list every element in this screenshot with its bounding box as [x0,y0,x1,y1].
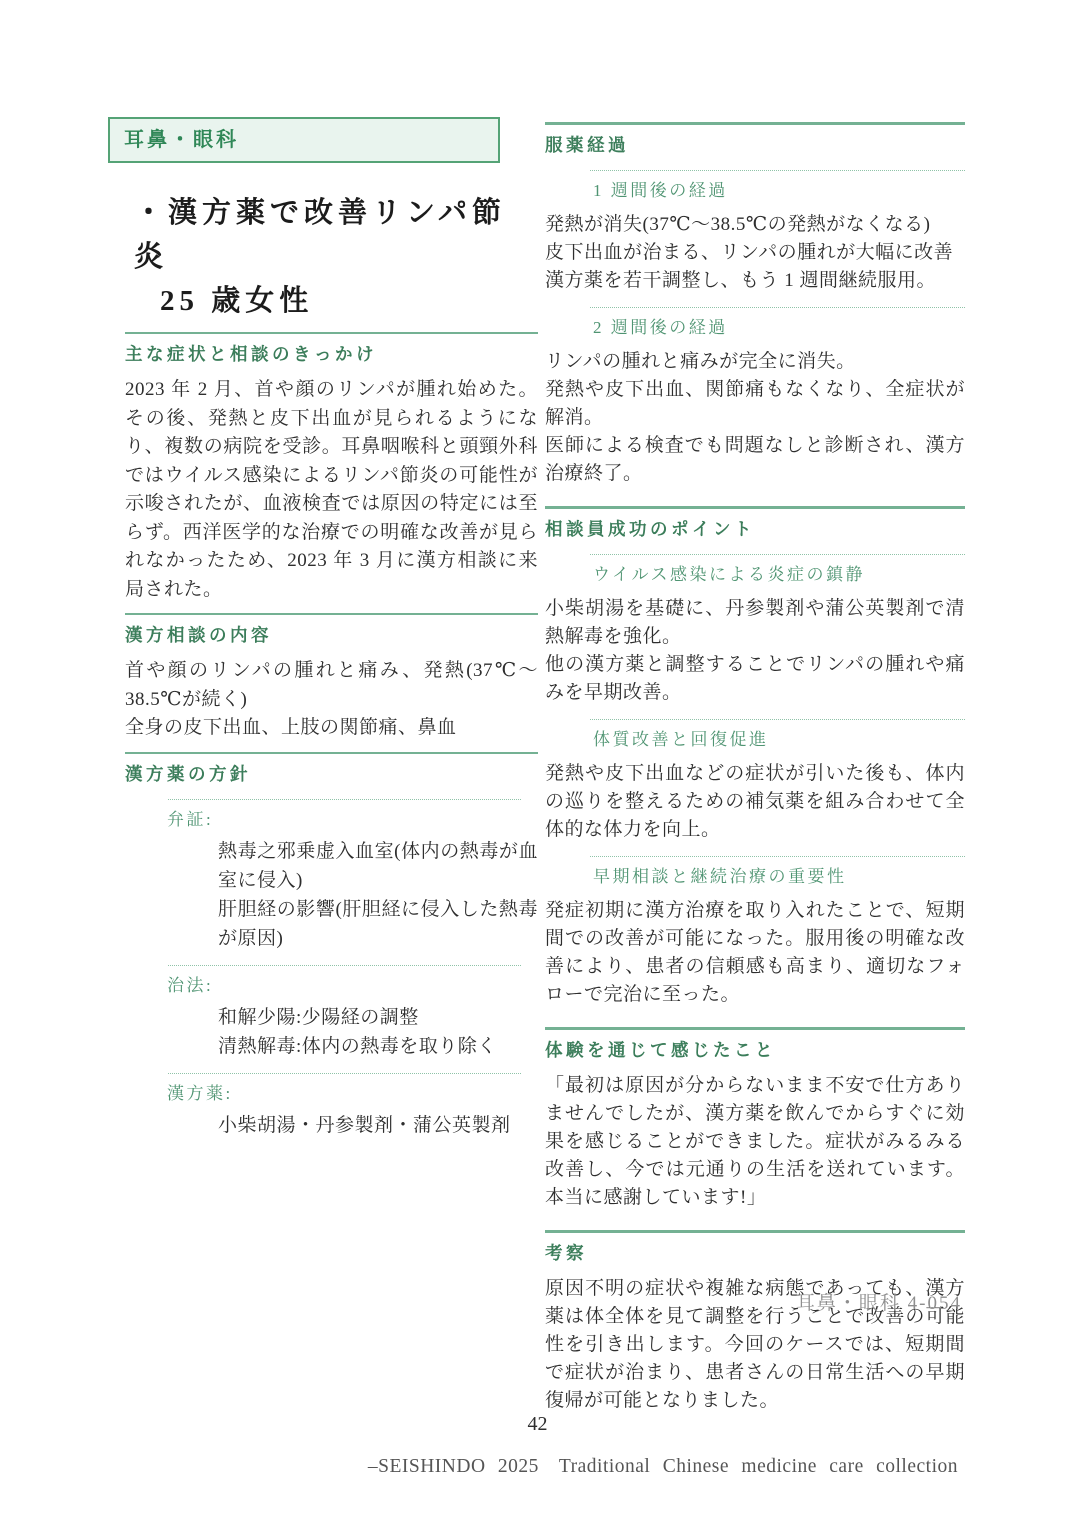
section-divider [125,752,538,754]
policy-body: 熱毒之邪乗虚入血室(体内の熱毒が血室に侵入) 肝胆経の影響(肝胆経に侵入した熱毒… [218,837,538,953]
section-heading: 漢方相談の内容 [125,623,538,648]
body-line: 清熱解毒:体内の熱毒を取り除く [218,1032,538,1061]
section-divider [545,506,965,509]
testimonial-quote: 「最初は原因が分からないまま不安で仕方ありませんでしたが、漢方薬を飲んでからすぐ… [545,1072,965,1212]
subsection-divider [590,856,965,857]
body-line: 発熱や皮下出血、関節痛もなくなり、全症状が解消。 [545,376,965,432]
subsection-divider [590,170,965,171]
body-line: 首や顔のリンパの腫れと痛み、発熱(37℃〜38.5℃が続く) [125,657,538,714]
section-points: 相談員成功のポイント ウイルス感染による炎症の鎮静 小柴胡湯を基礎に、丹参製剤や… [545,506,965,1009]
body-line: 肝胆経の影響(肝胆経に侵入した熱毒が原因) [218,895,538,953]
section-divider [545,122,965,125]
policy-label-kampoyaku: 漢方薬: [167,1082,538,1105]
subsection-heading: 早期相談と継続治療の重要性 [593,865,965,888]
section-heading: 服薬経過 [545,133,965,158]
paragraph: 発熱が消失(37℃〜38.5℃の発熱がなくなる) 皮下出血が治まる、リンパの腫れ… [545,211,965,295]
body-line: 小柴胡湯・丹参製剤・蒲公英製剤 [218,1111,538,1140]
body-line: 他の漢方薬と調整することでリンパの腫れや痛みを早期改善。 [545,651,965,707]
policy-body: 小柴胡湯・丹参製剤・蒲公英製剤 [218,1111,538,1140]
policy-label-bensho: 弁証: [167,808,538,831]
subsection-divider [590,307,965,308]
paragraph: 発熱や皮下出血などの症状が引いた後も、体内の巡りを整えるための補気薬を組み合わせ… [545,760,965,844]
body-line: 皮下出血が治まる、リンパの腫れが大幅に改善 [545,239,965,267]
paragraph: 2023 年 2 月、首や顔のリンパが腫れ始めた。その後、発熱と皮下出血が見られ… [125,376,538,604]
body-line: リンパの腫れと痛みが完全に消失。 [545,348,965,376]
subsection-divider [168,799,521,800]
left-column: 耳鼻・眼科 ・漢方薬で改善リンパ節炎 25 歳女性 主な症状と相談のきっかけ 2… [108,0,538,1140]
document-page: 耳鼻・眼科 ・漢方薬で改善リンパ節炎 25 歳女性 主な症状と相談のきっかけ 2… [0,0,1075,1518]
subsection-divider [168,1073,521,1074]
section-divider [125,332,538,334]
section-heading: 考察 [545,1241,965,1266]
case-title-line-1: ・漢方薬で改善リンパ節炎 [134,191,538,279]
subsection-heading: 体質改善と回復促進 [593,728,965,751]
category-box: 耳鼻・眼科 [108,117,500,163]
case-number: 耳鼻・眼科 4-054 [796,1288,962,1315]
subsection-divider [590,719,965,720]
case-title-line-2: 25 歳女性 [134,279,538,323]
body-line: 熱毒之邪乗虚入血室(体内の熱毒が血室に侵入) [218,837,538,895]
page-number: 42 [0,1413,1075,1436]
paragraph: 小柴胡湯を基礎に、丹参製剤や蒲公英製剤で清熱解毒を強化。 他の漢方薬と調整するこ… [545,595,965,707]
paragraph: 発症初期に漢方治療を取り入れたことで、短期間での改善が可能になった。服用後の明確… [545,897,965,1009]
section-course: 服薬経過 1 週間後の経過 発熱が消失(37℃〜38.5℃の発熱がなくなる) 皮… [545,122,965,488]
case-title: ・漢方薬で改善リンパ節炎 25 歳女性 [134,191,538,323]
subsection-heading: 2 週間後の経過 [593,316,965,339]
paragraph: リンパの腫れと痛みが完全に消失。 発熱や皮下出血、関節痛もなくなり、全症状が解消… [545,348,965,488]
section-heading: 相談員成功のポイント [545,517,965,542]
section-divider [125,613,538,615]
section-consultation: 漢方相談の内容 首や顔のリンパの腫れと痛み、発熱(37℃〜38.5℃が続く) 全… [108,613,538,743]
footer-credit: –SEISHINDO 2025 Traditional Chinese medi… [368,1450,958,1478]
policy-label-chiho: 治法: [167,974,538,997]
policy-body: 和解少陽:少陽経の調整 清熱解毒:体内の熱毒を取り除く [218,1003,538,1061]
paragraph: 首や顔のリンパの腫れと痛み、発熱(37℃〜38.5℃が続く) 全身の皮下出血、上… [125,657,538,743]
subsection-heading: ウイルス感染による炎症の鎮静 [593,563,965,586]
body-line: 発熱が消失(37℃〜38.5℃の発熱がなくなる) [545,211,965,239]
section-heading: 体験を通じて感じたこと [545,1038,965,1063]
section-discussion: 考察 原因不明の症状や複雑な病態であっても、漢方薬は体全体を見て調整を行うことで… [545,1230,965,1415]
body-line: 漢方薬を若干調整し、もう 1 週間継続服用。 [545,267,965,295]
category-label: 耳鼻・眼科 [124,129,239,151]
section-heading: 主な症状と相談のきっかけ [125,342,538,367]
subsection-divider [590,554,965,555]
body-line: 全身の皮下出血、上肢の関節痛、鼻血 [125,714,538,743]
section-experience: 体験を通じて感じたこと 「最初は原因が分からないまま不安で仕方ありませんでしたが… [545,1027,965,1212]
section-divider [545,1027,965,1030]
section-heading: 漢方薬の方針 [125,762,538,787]
subsection-divider [168,965,521,966]
body-line: 小柴胡湯を基礎に、丹参製剤や蒲公英製剤で清熱解毒を強化。 [545,595,965,651]
section-divider [545,1230,965,1233]
body-line: 和解少陽:少陽経の調整 [218,1003,538,1032]
right-column: 服薬経過 1 週間後の経過 発熱が消失(37℃〜38.5℃の発熱がなくなる) 皮… [545,0,965,1415]
section-policy: 漢方薬の方針 弁証: 熱毒之邪乗虚入血室(体内の熱毒が血室に侵入) 肝胆経の影響… [108,752,538,1140]
body-line: 医師による検査でも問題なしと診断され、漢方治療終了。 [545,432,965,488]
subsection-heading: 1 週間後の経過 [593,179,965,202]
section-symptoms: 主な症状と相談のきっかけ 2023 年 2 月、首や顔のリンパが腫れ始めた。その… [108,332,538,604]
